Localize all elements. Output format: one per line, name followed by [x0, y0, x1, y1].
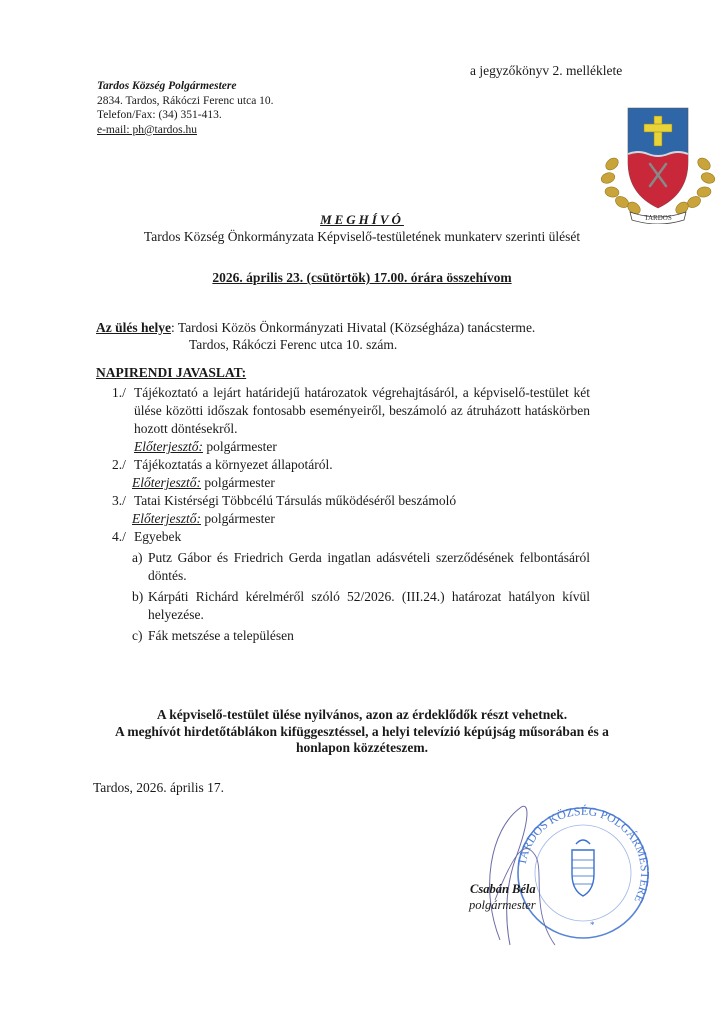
agenda-item-text: Tatai Kistérségi Többcélú Társulás működ… — [134, 493, 456, 508]
presenter-value: polgármester — [204, 475, 274, 490]
subitem-text: Fák metszése a településen — [148, 628, 294, 643]
agenda-list: 1./ Tájékoztató a lejárt határidejű hatá… — [112, 384, 590, 645]
svg-text:*: * — [590, 920, 595, 930]
place-and-date: Tardos, 2026. április 17. — [93, 780, 224, 796]
public-notice: A képviselő-testület ülése nyilvános, az… — [0, 707, 724, 757]
sender-email-link[interactable]: e-mail: ph@tardos.hu — [97, 123, 274, 138]
official-stamp-icon: TARDOS KÖZSÉG POLGÁRMESTERE * — [460, 800, 660, 950]
agenda-item: 2./ Tájékoztatás a környezet állapotáról… — [112, 456, 590, 474]
agenda-item: 4./ Egyebek — [112, 528, 590, 546]
presenter-label: Előterjesztő: — [132, 475, 201, 490]
notice-line: A képviselő-testület ülése nyilvános, az… — [0, 707, 724, 724]
sender-address: 2834. Tardos, Rákóczi Ferenc utca 10. — [97, 94, 274, 109]
venue-block: Az ülés helye: Tardosi Közös Önkormányza… — [96, 319, 535, 353]
subitem-text: Putz Gábor és Friedrich Gerda ingatlan a… — [148, 550, 590, 583]
sender-phone: Telefon/Fax: (34) 351-413. — [97, 108, 274, 123]
agenda-item-text: Tájékoztatás a környezet állapotáról. — [134, 457, 333, 472]
agenda-item-number: 1./ — [112, 384, 126, 402]
document-title: MEGHÍVÓ — [0, 212, 724, 228]
subitem-text: Kárpáti Richárd kérelméről szóló 52/2026… — [148, 589, 590, 622]
presenter-label: Előterjesztő: — [134, 439, 203, 454]
agenda-item-text: Egyebek — [134, 529, 181, 544]
agenda-item: 3./ Tatai Kistérségi Többcélú Társulás m… — [112, 492, 590, 510]
agenda-item-number: 3./ — [112, 492, 126, 510]
sender-name: Tardos Község Polgármestere — [97, 79, 274, 94]
agenda-presenter: Előterjesztő: polgármester — [112, 510, 590, 528]
agenda-title: NAPIRENDI JAVASLAT: — [96, 365, 246, 381]
meeting-datetime: 2026. április 23. (csütörtök) 17.00. órá… — [0, 270, 724, 286]
signatory-name: Csabán Béla — [470, 882, 536, 897]
subitem-letter: a) — [132, 549, 143, 567]
notice-line: A meghívót hirdetőtáblákon kifüggesztéss… — [0, 724, 724, 741]
document-subtitle: Tardos Község Önkormányzata Képviselő-te… — [0, 229, 724, 245]
notice-line: honlapon közzéteszem. — [0, 740, 724, 757]
presenter-value: polgármester — [204, 511, 274, 526]
agenda-subitem: a) Putz Gábor és Friedrich Gerda ingatla… — [112, 549, 590, 585]
signatory-role: polgármester — [469, 898, 536, 913]
agenda-presenter: Előterjesztő: polgármester — [112, 474, 590, 492]
agenda-item-number: 4./ — [112, 528, 126, 546]
coat-of-arms-icon: TARDOS — [598, 102, 718, 224]
sender-block: Tardos Község Polgármestere 2834. Tardos… — [97, 79, 274, 137]
subitem-letter: c) — [132, 627, 143, 645]
presenter-label: Előterjesztő: — [132, 511, 201, 526]
agenda-item: 1./ Tájékoztató a lejárt határidejű hatá… — [112, 384, 590, 438]
venue-line1: Tardosi Közös Önkormányzati Hivatal (Köz… — [178, 320, 535, 335]
agenda-item-number: 2./ — [112, 456, 126, 474]
venue-label: Az ülés helye — [96, 320, 171, 335]
subitem-letter: b) — [132, 588, 143, 606]
annex-note: a jegyzőkönyv 2. melléklete — [470, 63, 622, 79]
presenter-value: polgármester — [206, 439, 276, 454]
agenda-item-text: Tájékoztató a lejárt határidejű határoza… — [134, 385, 590, 436]
agenda-subitem: b) Kárpáti Richárd kérelméről szóló 52/2… — [112, 588, 590, 624]
venue-line2: Tardos, Rákóczi Ferenc utca 10. szám. — [96, 336, 535, 353]
agenda-presenter: Előterjesztő: polgármester — [112, 438, 590, 456]
agenda-subitem: c) Fák metszése a településen — [112, 627, 590, 645]
